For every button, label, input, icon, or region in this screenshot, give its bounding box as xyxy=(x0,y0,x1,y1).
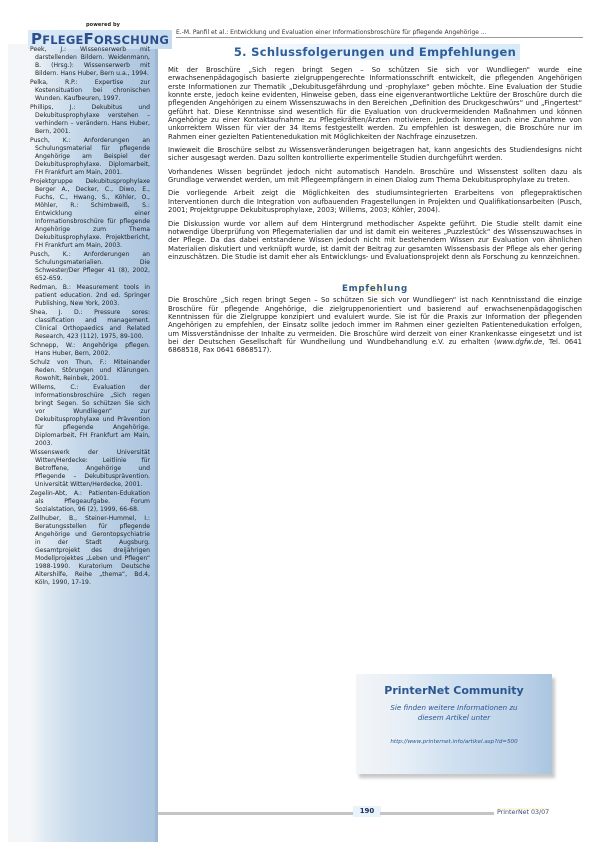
reference-item: Projektgruppe Dekubitusprophylaxe Berger… xyxy=(30,178,150,250)
reference-item: Shea, J. D.: Pressure sores: classificat… xyxy=(30,309,150,341)
paragraph: Inwieweit die Broschüre selbst zu Wissen… xyxy=(168,146,582,163)
reference-item: Zellhuber, B., Steiner-Hummel, I.: Berat… xyxy=(30,515,150,587)
printernet-article-link[interactable]: http://www.printernet.info/artikel.asp?i… xyxy=(356,739,552,745)
journal-logo: powered by PFLEGEFORSCHUNG xyxy=(28,22,160,48)
reference-item: Wissenswerk der Universität Witten/Herde… xyxy=(30,449,150,489)
paragraph: Die vorliegende Arbeit zeigt die Möglich… xyxy=(168,189,582,214)
reference-item: Phillips, J.: Dekubitus und Dekubituspro… xyxy=(30,104,150,136)
page-number: 190 xyxy=(353,806,381,817)
footer-rule-right xyxy=(380,812,494,815)
printernet-subtitle-line-1: Sie finden weitere Informationen zu xyxy=(356,703,552,713)
footer-rule-left xyxy=(158,812,354,815)
dgfw-link[interactable]: www.dgfw.de xyxy=(497,338,543,346)
subheading: Empfehlung xyxy=(168,284,582,294)
paragraph: Die Diskussion wurde vor allem auf dem H… xyxy=(168,220,582,262)
reference-item: Peek, J.: Wissenserwerb mit darstellende… xyxy=(30,46,150,78)
journal-issue: PrinterNet 03/07 xyxy=(497,808,549,816)
reference-item: Pusch, K.: Anforderungen an Schulungsmat… xyxy=(30,251,150,283)
reference-item: Pelka, R.P.: Expertise zur Kostensituati… xyxy=(30,79,150,103)
reference-item: Pusch, K.: Anforderungen an Schulungsmat… xyxy=(30,137,150,177)
subheading-text: Empfehlung xyxy=(339,284,411,294)
main-column: 5. Schlussfolgerungen und Empfehlungen M… xyxy=(168,44,582,360)
reference-item: Redman, B.: Measurement tools in patient… xyxy=(30,284,150,308)
printernet-subtitle: Sie finden weitere Informationen zu dies… xyxy=(356,703,552,722)
printernet-title: PrinterNet Community xyxy=(356,684,552,697)
reference-item: Schulz von Thun, F.: Miteinander Reden. … xyxy=(30,359,150,383)
section-title: 5. Schlussfolgerungen und Empfehlungen xyxy=(230,44,520,60)
reference-list: Peek, J.: Wissenserwerb mit darstellende… xyxy=(30,46,150,588)
reference-item: Zegelin-Abt, A.: Patienten-Edukation als… xyxy=(30,490,150,514)
powered-by-label: powered by xyxy=(86,22,120,28)
printernet-subtitle-line-2: diesem Artikel unter xyxy=(356,713,552,723)
reference-item: Willems, C.: Evaluation der Informations… xyxy=(30,384,150,448)
printernet-community-box: PrinterNet Community Sie finden weitere … xyxy=(356,674,552,774)
recommendation-paragraph: Die Broschüre „Sich regen bringt Segen –… xyxy=(168,296,582,354)
paragraph: Mit der Broschüre „Sich regen bringt Seg… xyxy=(168,66,582,141)
logo-rest-1: FLEGE xyxy=(42,33,83,47)
logo-rest-2: ORSCHUNG xyxy=(94,33,169,47)
paragraph: Vorhandenes Wissen begründet jedoch nich… xyxy=(168,168,582,185)
sidebar-edge-divider xyxy=(155,44,158,842)
running-title: E.-M. Panfil et al.: Entwicklung und Eva… xyxy=(176,29,583,38)
reference-item: Schnepp, W.: Angehörige pflegen. Hans Hu… xyxy=(30,342,150,358)
